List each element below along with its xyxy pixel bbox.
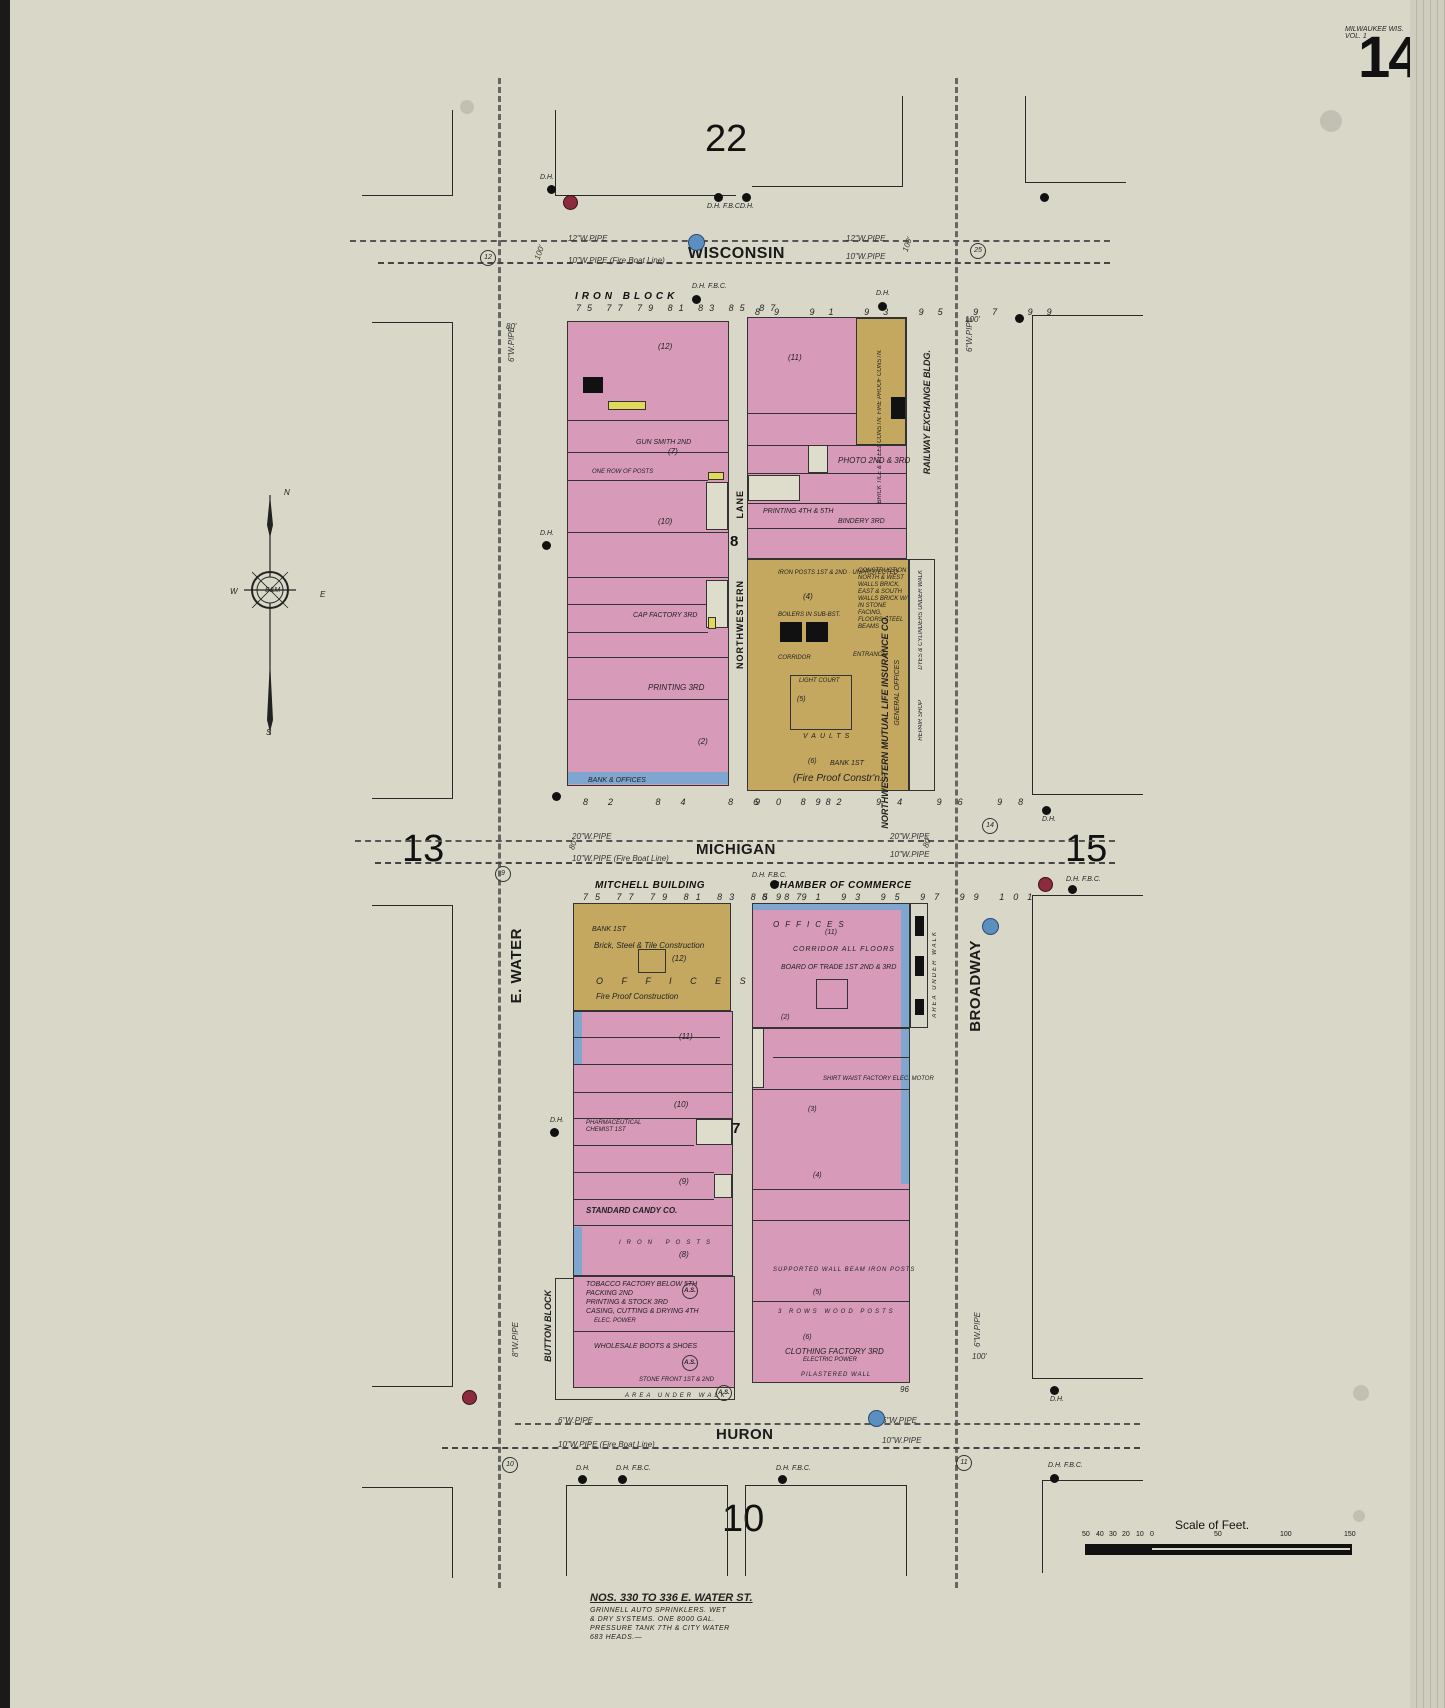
floor-count: (2) [698,737,708,746]
scale-tick: 10 [1136,1531,1144,1538]
lane-label-upper: LANE [735,490,745,519]
address: 90 [755,797,797,807]
address: 82 [583,797,633,807]
floor-count: (4) [813,1172,822,1179]
floor-count: (7) [668,447,678,456]
scale-title: Scale of Feet. [1175,1518,1352,1532]
party-wall [568,632,708,633]
address: 92 [816,797,858,807]
pipe-label: 6"W.PIPE [882,1416,917,1425]
hydrant [542,541,551,550]
address: 99 [1028,307,1066,317]
hydrant-label: D.H. F.B.C. [692,283,727,290]
occupancy-label: PACKING 2ND [586,1290,633,1297]
curb-s2 [745,1485,907,1576]
frame-structure [708,472,724,480]
water-main-wisconsin-1 [350,240,1110,242]
boilers-label: BOILERS IN SUB-BST. [778,612,840,618]
compass-n: N [284,488,290,497]
occupancy-label: ELECTRIC POWER [803,1357,857,1363]
hydrant [1068,885,1077,894]
floor-count: (11) [788,353,802,362]
hydrant-label: D.H. [740,203,754,210]
note-line: 683 HEADS.— [590,1633,753,1642]
occupancy-label: GUN SMITH 2ND [636,439,691,446]
occupancy-label: WHOLESALE BOOTS & SHOES [594,1343,697,1350]
hydrant-label: D.H. F.B.C. [1048,1462,1083,1469]
open-court [706,482,728,530]
scale-tick: 0 [1150,1531,1154,1538]
floor-count: (11) [825,929,837,936]
pipe-label: 10"W.PIPE (Fire Boat Line) [558,1440,655,1449]
party-wall [568,604,708,605]
hydrant-label: D.H. [1050,1396,1064,1403]
pipe-label: 20"W.PIPE [572,832,611,841]
open-court [714,1174,732,1198]
party-wall [574,1172,714,1173]
note-title: NOS. 330 TO 336 E. WATER ST. [590,1592,753,1604]
page-stack-edge [1410,0,1445,1708]
auto-sprinkler-marker: A.S. [682,1355,698,1371]
corridor-label: CORRIDOR [778,655,811,661]
open-court [808,445,828,473]
floor-count: (11) [679,1032,693,1041]
curb-ne [1025,96,1126,183]
hydrant-label: D.H. [1042,816,1056,823]
address: 94 [876,797,918,807]
under-walk-label: DYES & CYLINDERS UNDER WALK [918,570,924,670]
party-wall [574,1037,720,1038]
light-court: LIGHT COURT (5) [790,675,852,730]
street-e-water: E. WATER [508,928,525,1003]
occupancy-label: CAP FACTORY 3RD [633,612,697,619]
party-wall [568,480,708,481]
address: 83 [717,892,741,902]
address: 91 [810,307,848,317]
party-wall [574,1331,734,1332]
curb-n1 [555,110,736,196]
party-wall [568,452,728,453]
fire-alarm-box [563,195,578,210]
address-row: 90 92 94 96 98 [755,797,1039,807]
floor-count: (12) [672,954,686,963]
occupancy-label: 3 ROWS WOOD POSTS [778,1309,896,1315]
compass-e: E [320,590,325,599]
hydrant-label: D.H. F.B.C. [752,872,787,879]
address: 99 [960,892,988,902]
floor-count: (6) [808,758,817,765]
address: 96 [937,797,979,807]
floor-count: (10) [658,517,672,526]
scale-tick: 20 [1122,1531,1130,1538]
address: 85 [729,303,751,313]
block-number-south: 7 [732,1120,740,1137]
boiler-icon [806,622,828,642]
hydrant [552,792,561,801]
curb-sw [362,1487,453,1578]
standard-candy-label: STANDARD CANDY CO. [586,1206,677,1215]
fire-alarm-telegraph [688,234,705,251]
party-wall [753,1189,909,1190]
bank-label: BANK 1ST [830,760,864,767]
fire-alarm-box [1038,877,1053,892]
stain [1353,1385,1369,1401]
offices-label: OFFICES [773,920,850,929]
floor-count: (8) [679,1250,689,1259]
pipe-label: 6"W.PIPE [973,1312,982,1347]
building-mitchell[interactable]: BANK 1ST Brick, Steel & Tile Constructio… [573,903,731,1011]
area-under-walk-label: AREA UNDER WALK [932,930,938,1018]
occupancy-label: ELEC. POWER [594,1318,636,1324]
street-width: 100' [972,1352,987,1361]
scale-of-feet: Scale of Feet. 50 40 30 20 10 0 50 100 1… [1085,1518,1352,1555]
address: 84 [656,797,706,807]
board-of-trade-label: BOARD OF TRADE 1ST 2ND & 3RD [781,964,896,971]
open-court [696,1119,732,1145]
address: 95 [919,307,957,317]
party-wall [568,699,728,700]
vault-icon [915,956,924,976]
occupancy-label: PRINTING 3RD [648,683,704,692]
floor-count: (9) [679,1177,689,1186]
address: 79 [650,892,674,902]
open-court [748,475,800,501]
hydrant [1050,1474,1059,1483]
general-offices-label: GENERAL OFFICES [894,660,901,726]
street-width: 100' [901,236,915,253]
address: 83 [698,303,720,313]
boiler-icon [780,622,802,642]
address: 97 [973,307,1011,317]
pipe-label: 10"W.PIPE [846,252,885,261]
stain [1353,1510,1365,1522]
stain [1320,110,1342,132]
stone-front [901,904,909,1027]
compass-s: S [266,728,271,737]
floor-count: (2) [781,1014,790,1021]
occupancy-label: PILASTERED WALL [801,1372,871,1378]
offices-label: O F F I C E S [596,976,754,986]
street-width: 80' [567,838,579,851]
hydrant [578,1475,587,1484]
corridor-label: CORRIDOR ALL FLOORS [793,946,895,953]
intersection-marker: 9 [495,866,511,882]
note-body: GRINNELL AUTO SPRINKLERS. WET & DRY SYST… [590,1606,753,1642]
note-line: PRESSURE TANK 7TH & CITY WATER [590,1624,753,1633]
address: 75 [576,303,598,313]
pipe-label: 10"W.PIPE (Fire Boat Line) [568,256,665,265]
light-court [816,979,848,1009]
construction-note: BRICK TILE & STEEL CONSTN. FIRE PROOF CO… [877,349,883,503]
address-row: 89 91 93 95 97 99 101 [762,892,1041,902]
hydrant-label: D.H. [550,1117,564,1124]
pipe-label: 8"W.PIPE [511,1322,520,1357]
address: 89 [762,892,790,902]
occupancy-label: PRINTING 4TH & 5TH [763,508,833,515]
adjacent-sheet-left: 13 [402,828,444,871]
address: 77 [617,892,641,902]
fire-alarm-box [462,1390,477,1405]
party-wall [574,1092,732,1093]
fireproof-label: (Fire Proof Constr'n.) [793,773,886,784]
pipe-label: 12"W.PIPE [568,234,607,243]
compass-rose-icon: S&M [240,490,300,740]
floor-count: (5) [813,1289,822,1296]
hydrant-label: D.H. F.B.C. [707,203,742,210]
address: 101 [999,892,1041,902]
fireproof-label: Fire Proof Construction [596,992,678,1001]
address: 93 [841,892,869,902]
water-main-e-water [498,78,501,1588]
water-main-huron-2 [442,1447,1140,1449]
svg-text:S&M: S&M [265,587,280,594]
occupancy-label: CASING, CUTTING & DRYING 4TH [586,1308,699,1315]
light-court-label: LIGHT COURT [799,678,840,684]
hydrant [742,193,751,202]
address: 91 [802,892,830,902]
scale-bar-stripe [1152,1548,1350,1550]
scale-tick: 30 [1109,1531,1117,1538]
floor-count: (12) [658,342,672,351]
intersection-marker: 25 [970,243,986,259]
address: 98 [997,797,1039,807]
address: 79 [637,303,659,313]
party-wall [574,1145,694,1146]
address: 96 [900,1385,909,1394]
party-wall [748,413,858,414]
floor-count: (5) [797,696,806,703]
intersection-marker: 11 [956,1455,972,1471]
party-wall [753,1089,909,1090]
building-chamber-of-commerce[interactable]: OFFICES (11) CORRIDOR ALL FLOORS BOARD O… [752,903,910,1028]
party-wall [568,577,728,578]
party-wall [574,1225,732,1226]
floor-count: (10) [674,1100,688,1109]
occupancy-label: ONE ROW OF POSTS [592,469,653,475]
hydrant-label: D.H. F.B.C. [776,1465,811,1472]
area-under-walk [910,903,928,1028]
pipe-label: 6"W.PIPE [558,1416,593,1425]
boiler-icon [891,397,905,419]
floor-count: (3) [808,1106,817,1113]
water-main-michigan-2 [375,862,1115,864]
building-railway-exchange[interactable]: BRICK TILE & STEEL CONSTN. FIRE PROOF CO… [856,318,906,445]
hydrant [1050,1386,1059,1395]
block-number-north: 8 [730,533,738,550]
curb-s1 [566,1485,728,1576]
occupancy-label: BANK & OFFICES [588,777,646,784]
water-main-broadway [955,78,958,1588]
water-main-huron-1 [515,1423,1140,1425]
building-iron-block[interactable]: GUN SMITH 2ND ONE ROW OF POSTS CAP FACTO… [567,321,729,786]
occupancy-label: PHARMACEUTICAL CHEMIST 1ST [586,1120,656,1134]
map-sheet: MILWAUKEE WIS. VOL. 1 14 22 13 15 10 12"… [10,0,1410,1708]
compass-w: W [230,587,238,596]
address: 93 [864,307,902,317]
open-court [752,1028,764,1088]
address: 81 [684,892,708,902]
pipe-label: 6"W.PIPE [507,327,516,362]
building-south-east-row[interactable]: SHIRT WAIST FACTORY ELEC. MOTOR (3) (4) … [752,1028,910,1383]
street-michigan: MICHIGAN [696,841,776,858]
pipe-label: 12"W.PIPE [846,234,885,243]
party-wall [568,420,728,421]
scale-tick: 50 [1214,1531,1222,1538]
party-wall [748,528,906,529]
party-wall [568,657,728,658]
hydrant-label: D.H. [876,290,890,297]
party-wall [753,1220,909,1221]
note-line: GRINNELL AUTO SPRINKLERS. WET [590,1606,753,1615]
repair-shop-building[interactable]: DYES & CYLINDERS UNDER WALK REPAIR SHOP [909,559,935,791]
stone-front [574,1012,582,1064]
hydrant-label: D.H. F.B.C. [616,1465,651,1472]
address: 75 [583,892,607,902]
pipe-label: 10"W.PIPE [882,1436,921,1445]
intersection-marker: 12 [480,250,496,266]
curb-e1 [1032,315,1143,795]
address-row: 89 91 93 95 97 99 [755,307,1066,317]
fire-alarm-telegraph [868,1410,885,1427]
boiler-icon [583,377,603,393]
address: 97 [920,892,948,902]
address: 89 [755,307,793,317]
area-under-walk-label: AREA UNDER WALK [625,1393,728,1399]
chamber-of-commerce-title: CHAMBER OF COMMERCE [772,880,912,891]
iron-block-title: IRON BLOCK [575,291,678,302]
street-huron: HURON [716,1426,774,1443]
street-width: 100' [533,244,547,261]
street-broadway: BROADWAY [967,940,984,1032]
party-wall [753,1301,909,1302]
curb-nw [362,110,453,196]
pipe-label: 10"W.PIPE [890,850,929,859]
building-northwestern-mutual[interactable]: IRON POSTS 1ST & 2ND · UNPROTECTED CONST… [747,559,909,791]
fire-alarm-telegraph [982,918,999,935]
street-width: 80' [921,836,933,849]
vault-icon [915,916,924,936]
address: 81 [668,303,690,313]
party-wall [574,1199,714,1200]
curb-w1 [372,322,453,799]
elevator-icon [638,949,666,973]
hydrant [778,1475,787,1484]
sprinkler-note: NOS. 330 TO 336 E. WATER ST. GRINNELL AU… [590,1592,753,1642]
scale-tick: 40 [1096,1531,1104,1538]
stone-front [753,904,909,910]
scale-tick: 50 [1082,1531,1090,1538]
stone-front [901,1029,909,1184]
scale-bar: 50 40 30 20 10 0 50 100 150 [1085,1544,1352,1555]
street-width: 80' [506,322,516,331]
occupancy-label: SHIRT WAIST FACTORY ELEC. MOTOR [823,1076,934,1082]
floor-count: (6) [803,1334,812,1341]
note-line: & DRY SYSTEMS. ONE 8000 GAL. [590,1615,753,1624]
railway-exchange-label: RAILWAY EXCHANGE BLDG. [922,350,932,474]
scale-tick: 100 [1280,1531,1292,1538]
pipe-label: 10"W.PIPE (Fire Boat Line) [572,854,669,863]
hydrant [618,1475,627,1484]
hydrant-label: D.H. [576,1465,590,1472]
mitchell-building-title: MITCHELL BUILDING [595,880,705,891]
hydrant [714,193,723,202]
curb-e2 [1032,895,1143,1379]
occupancy-label: PHOTO 2ND & 3RD [838,456,910,465]
intersection-marker: 10 [502,1457,518,1473]
vault-icon [915,999,924,1015]
address: 77 [607,303,629,313]
stone-front [574,1227,582,1275]
occupancy-label: PRINTING & STOCK 3RD [586,1299,668,1306]
floor-count: (4) [803,592,813,601]
curb-w2 [372,905,453,1387]
auto-sprinkler-marker: A.S. [682,1283,698,1299]
intersection-marker: 14 [982,818,998,834]
hydrant-label: D.H. [540,174,554,181]
building-south-west-row[interactable]: PHARMACEUTICAL CHEMIST 1ST STANDARD CAND… [573,1011,733,1276]
occupancy-label: SUPPORTED WALL BEAM IRON POSTS [773,1267,915,1273]
occupancy-label: TOBACCO FACTORY BELOW 5TH [586,1281,697,1288]
repair-shop-label: REPAIR SHOP [918,700,924,741]
hydrant-label: D.H. [540,530,554,537]
scale-tick: 150 [1344,1531,1356,1538]
occupancy-label: BINDERY 3RD [838,518,885,525]
lane-label-lower: NORTHWESTERN [735,580,745,669]
building-north-east-row[interactable]: BRICK TILE & STEEL CONSTN. FIRE PROOF CO… [747,317,907,559]
bank-label: BANK 1ST [592,926,626,933]
occupancy-label: CLOTHING FACTORY 3RD [785,1347,884,1356]
hydrant [1042,806,1051,815]
building-button-block[interactable]: TOBACCO FACTORY BELOW 5TH PACKING 2ND PR… [573,1276,735,1388]
party-wall [773,1057,909,1058]
occupancy-label: IRON POSTS [619,1240,716,1246]
frame-structure [708,617,716,629]
hydrant-label: D.H. F.B.C. [1066,876,1101,883]
address-row: 75 77 79 81 83 85 87 [576,303,781,313]
party-wall [574,1064,732,1065]
hydrant [1040,193,1049,202]
stain [460,100,474,114]
hydrant [550,1128,559,1137]
adjacent-sheet-right: 15 [1065,828,1107,871]
button-block-title: BUTTON BLOCK [543,1290,553,1362]
hydrant [547,185,556,194]
party-wall [568,532,728,533]
vaults-label: VAULTS [803,733,853,740]
frame-structure [608,401,646,410]
stone-front-label: STONE FRONT 1ST & 2ND [639,1377,714,1383]
address: 95 [881,892,909,902]
curb-n2 [752,96,903,187]
